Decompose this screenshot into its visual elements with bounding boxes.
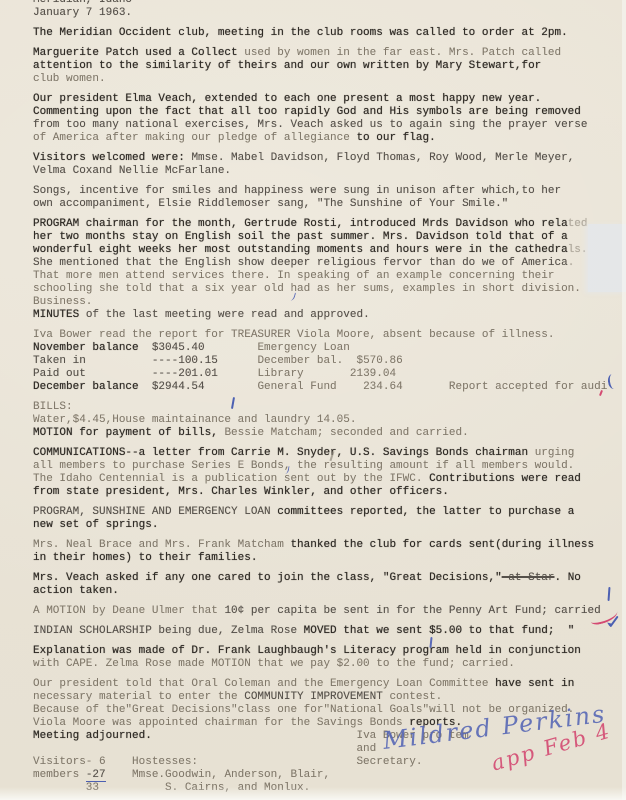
- document-line: schooling she told that a six year old h…: [33, 283, 626, 296]
- block-program-report: PROGRAM chairman for the month, Gertrude…: [33, 218, 626, 322]
- document-line: Commenting upon the fact that all too ra…: [33, 106, 626, 119]
- document-line: Taken in ----100.15 December bal. $570.8…: [33, 355, 626, 368]
- document-line: Water,$4.45,House maintainance and laund…: [33, 414, 626, 427]
- scan-edge-bottom: [0, 787, 626, 800]
- document-line: Meridian, Idaho: [33, 0, 626, 7]
- document-line: from too many national exercises, Mrs. V…: [33, 119, 626, 132]
- document-line: PROGRAM chairman for the month, Gertrude…: [33, 218, 626, 231]
- document-line: Explanation was made of Dr. Frank Laughb…: [33, 645, 626, 658]
- block-collect-paragraph: Marguerite Patch used a Collect used by …: [33, 47, 626, 86]
- document-line: Iva Bower read the report for TREASURER …: [33, 329, 626, 342]
- block-communications: COMMUNICATIONS--a letter from Carrie M. …: [33, 447, 626, 499]
- block-thank-you-notes: Mrs. Neal Brace and Mrs. Frank Matcham t…: [33, 539, 626, 565]
- document-line: with CAPE. Zelma Rose made MOTION that w…: [33, 658, 626, 671]
- document-line: Paid out ----201.01 Library 2139.04: [33, 368, 626, 381]
- block-header: Meridian, IdahoJanuary 7 1963.: [33, 0, 626, 20]
- block-indian-scholarship: INDIAN SCHOLARSHIP being due, Zelma Rose…: [33, 625, 626, 638]
- document-line: That more men attend services there. In …: [33, 270, 626, 283]
- document-line: December balance $2944.54 General Fund 2…: [33, 381, 626, 394]
- block-presidents-message: Our president Elma Veach, extended to ea…: [33, 93, 626, 145]
- document-line: Our president told that Oral Coleman and…: [33, 678, 626, 691]
- block-closing: Our president told that Oral Coleman and…: [33, 678, 626, 795]
- document-line: members -27 Mmse.Goodwin, Anderson, Blai…: [33, 769, 626, 782]
- document-line: Songs, incentive for smiles and happines…: [33, 185, 626, 198]
- document-line: her two months stay on English soil the …: [33, 231, 626, 244]
- document-line: Our president Elma Veach, extended to ea…: [33, 93, 626, 106]
- document-line: Mrs. Neal Brace and Mrs. Frank Matcham t…: [33, 539, 626, 552]
- document-line: all members to purchase Series E Bonds, …: [33, 460, 626, 473]
- scan-edge-right: [622, 0, 626, 800]
- document-line: attention to the similarity of theirs an…: [33, 60, 626, 73]
- document-line: action taken.: [33, 585, 626, 598]
- document-line: She mentioned that the English show deep…: [33, 257, 626, 270]
- document-line: Business.: [33, 296, 626, 309]
- document-line: Visitors welcomed were: Mmse. Mabel Davi…: [33, 152, 626, 165]
- block-committee-reports: PROGRAM, SUNSHINE AND EMERGENCY LOAN com…: [33, 506, 626, 532]
- document-line: BILLS:: [33, 401, 626, 414]
- block-treasurer-report: Iva Bower read the report for TREASURER …: [33, 329, 626, 394]
- document-line: The Idaho Centennial is a publication se…: [33, 473, 626, 486]
- block-bills: BILLS:Water,$4.45,House maintainance and…: [33, 401, 626, 440]
- scan-artifact-band: [588, 224, 626, 292]
- document-line: club women.: [33, 73, 626, 86]
- document-line: Velma Coxand Nellie McFarlane.: [33, 165, 626, 178]
- document-line: necessary material to enter the COMMUNIT…: [33, 691, 626, 704]
- block-call-to-order: The Meridian Occident club, meeting in t…: [33, 27, 626, 40]
- scanned-minutes-page: Meridian, IdahoJanuary 7 1963.The Meridi…: [0, 0, 626, 800]
- document-line: MINUTES of the last meeting were read an…: [33, 309, 626, 322]
- document-line: in their homes) to their families.: [33, 552, 626, 565]
- block-great-decisions-class: Mrs. Veach asked if any one cared to joi…: [33, 572, 626, 598]
- block-visitors: Visitors welcomed were: Mmse. Mabel Davi…: [33, 152, 626, 178]
- block-literacy-program: Explanation was made of Dr. Frank Laughb…: [33, 645, 626, 671]
- document-line: from state president, Mrs. Charles Winkl…: [33, 486, 626, 499]
- document-line: of America after making our pledge of al…: [33, 132, 626, 145]
- document-line: MOTION for payment of bills, Bessie Matc…: [33, 427, 626, 440]
- block-songs: Songs, incentive for smiles and happines…: [33, 185, 626, 211]
- block-penny-art-motion: A MOTION by Deane Ulmer that 10¢ per cap…: [33, 605, 626, 618]
- document-line: Marguerite Patch used a Collect used by …: [33, 47, 626, 60]
- document-line: INDIAN SCHOLARSHIP being due, Zelma Rose…: [33, 625, 626, 638]
- document-line: wonderful eight weeks her most outstandi…: [33, 244, 626, 257]
- document-line: A MOTION by Deane Ulmer that 10¢ per cap…: [33, 605, 626, 618]
- document-line: The Meridian Occident club, meeting in t…: [33, 27, 626, 40]
- document-line: PROGRAM, SUNSHINE AND EMERGENCY LOAN com…: [33, 506, 626, 519]
- document-line: November balance $3045.40 Emergency Loan: [33, 342, 626, 355]
- document-line: new set of springs.: [33, 519, 626, 532]
- document-line: own accompaniment, Elsie Riddlemoser san…: [33, 198, 626, 211]
- document-body: Meridian, IdahoJanuary 7 1963.The Meridi…: [33, 0, 626, 800]
- document-line: January 7 1963.: [33, 7, 626, 20]
- document-line: Mrs. Veach asked if any one cared to joi…: [33, 572, 626, 585]
